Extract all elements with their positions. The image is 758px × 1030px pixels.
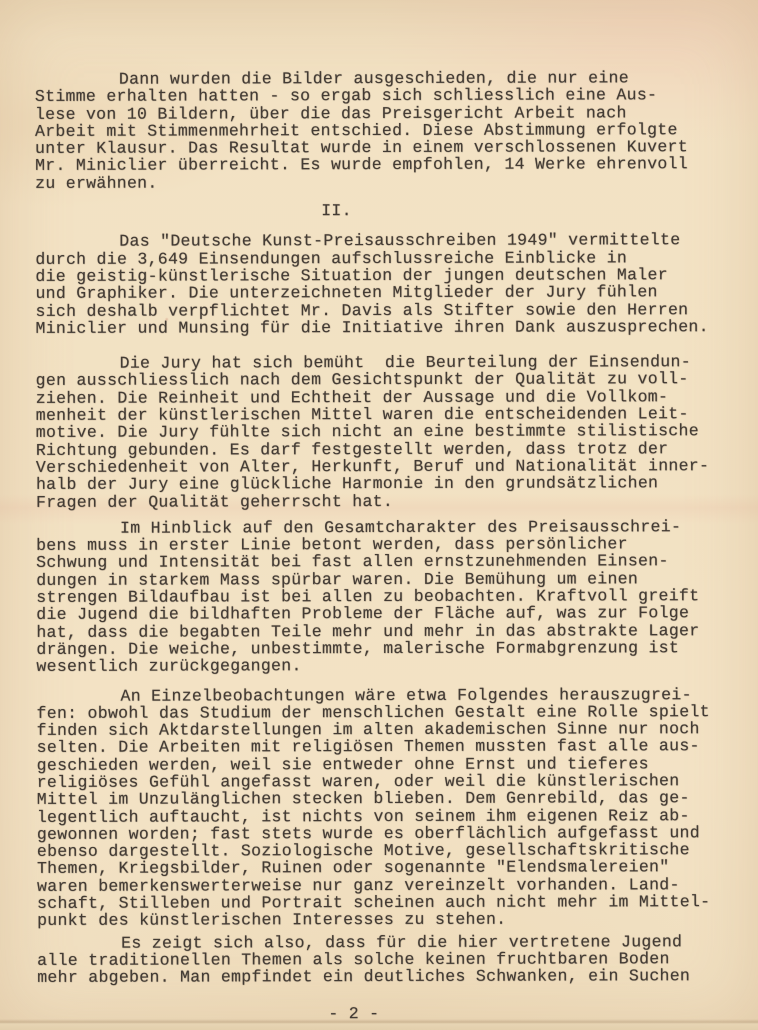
typewritten-text-block: Dann wurden die Bilder ausgeschieden, di… [0,0,758,1023]
section-heading: II. [35,201,737,220]
paragraph-competition-overview: Das "Deutsche Kunst-Preisausschreiben 19… [35,231,737,337]
paragraph-general-character: Im Hinblick auf den Gesamtcharakter des … [36,518,738,676]
paragraph-conclusion: Es zeigt sich also, dass für die hier ve… [37,933,739,987]
paragraph-voting-result: Dann wurden die Bilder ausgeschieden, di… [35,69,737,192]
document-page: Dann wurden die Bilder ausgeschieden, di… [0,0,758,1030]
paragraph-jury-principles: Die Jury hat sich bemüht die Beurteilung… [36,353,738,511]
page-number: - 2 - [37,1004,739,1023]
paragraph-individual-observations: An Einzelbeobachtungen wäre etwa Folgend… [36,686,739,930]
